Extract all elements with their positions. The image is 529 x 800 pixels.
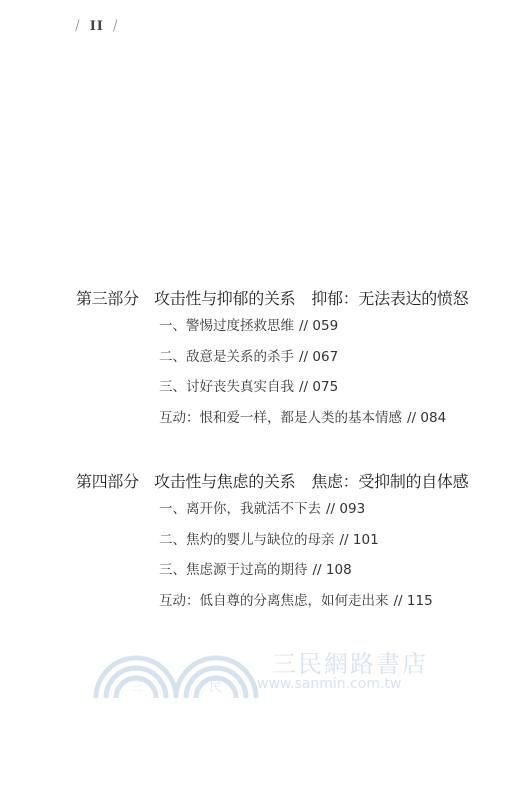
page-number-slash-left: / — [75, 18, 81, 34]
toc-part-3: 第三部分攻击性与抑郁的关系抑郁：无法表达的愤怒 一、警惕过度拯救思维// 059… — [76, 288, 516, 433]
watermark-name: 三民網路書店 — [272, 644, 428, 679]
entry-page: // 075 — [299, 379, 338, 395]
entry-page: // 084 — [407, 410, 446, 426]
part-heading: 第三部分攻击性与抑郁的关系抑郁：无法表达的愤怒 — [76, 288, 516, 310]
logo-char: 民 — [209, 676, 222, 695]
entry-title: 一、离开你，我就活不下去 — [159, 501, 321, 517]
entry-title: 互动：恨和爱一样，都是人类的基本情感 — [159, 410, 402, 426]
entry-title: 一、警惕过度拯救思维 — [159, 318, 294, 334]
entry-page: // 059 — [299, 318, 338, 334]
watermark-url: www.sanmin.com.tw — [257, 676, 401, 692]
part-label: 第三部分 — [76, 288, 154, 310]
toc-entry: 三、讨好丧失真实自我// 075 — [159, 372, 516, 403]
entry-title: 互动：低自尊的分离焦虑，如何走出来 — [159, 593, 389, 609]
part-title: 攻击性与抑郁的关系 — [154, 288, 295, 310]
toc-entry: 二、敌意是关系的杀手// 067 — [159, 342, 516, 373]
toc-entry: 互动：恨和爱一样，都是人类的基本情感// 084 — [159, 403, 516, 434]
entry-title: 二、焦灼的婴儿与缺位的母亲 — [159, 532, 335, 548]
entry-title: 二、敌意是关系的杀手 — [159, 349, 294, 365]
sanmin-watermark: 三 民 三民網路書店 www.sanmin.com.tw — [92, 640, 432, 700]
toc-part-4: 第四部分攻击性与焦虑的关系焦虑：受抑制的自体感 一、离开你，我就活不下去// 0… — [76, 471, 516, 616]
page-number: /II/ — [75, 18, 119, 34]
toc-entry: 互动：低自尊的分离焦虑，如何走出来// 115 — [159, 586, 516, 617]
toc-entries: 一、警惕过度拯救思维// 059 二、敌意是关系的杀手// 067 三、讨好丧失… — [159, 311, 516, 433]
page-number-roman: II — [90, 19, 104, 34]
entry-page: // 101 — [340, 532, 379, 548]
toc-entry: 二、焦灼的婴儿与缺位的母亲// 101 — [159, 525, 516, 556]
part-label: 第四部分 — [76, 471, 154, 493]
entry-title: 三、讨好丧失真实自我 — [159, 379, 294, 395]
part-subtitle: 抑郁：无法表达的愤怒 — [311, 288, 468, 310]
logo-char: 三 — [130, 676, 143, 695]
toc-entry: 三、焦虑源于过高的期待// 108 — [159, 555, 516, 586]
part-heading: 第四部分攻击性与焦虑的关系焦虑：受抑制的自体感 — [76, 471, 516, 493]
toc-entry: 一、离开你，我就活不下去// 093 — [159, 494, 516, 525]
entry-title: 三、焦虑源于过高的期待 — [159, 562, 308, 578]
entry-page: // 067 — [299, 349, 338, 365]
entry-page: // 093 — [326, 501, 365, 517]
sanmin-logo-arches-icon — [92, 640, 262, 700]
toc-entries: 一、离开你，我就活不下去// 093 二、焦灼的婴儿与缺位的母亲// 101 三… — [159, 494, 516, 616]
part-subtitle: 焦虑：受抑制的自体感 — [311, 471, 468, 493]
entry-page: // 115 — [394, 593, 433, 609]
part-title: 攻击性与焦虑的关系 — [154, 471, 295, 493]
toc-entry: 一、警惕过度拯救思维// 059 — [159, 311, 516, 342]
page-number-slash-right: / — [113, 18, 119, 34]
entry-page: // 108 — [313, 562, 352, 578]
